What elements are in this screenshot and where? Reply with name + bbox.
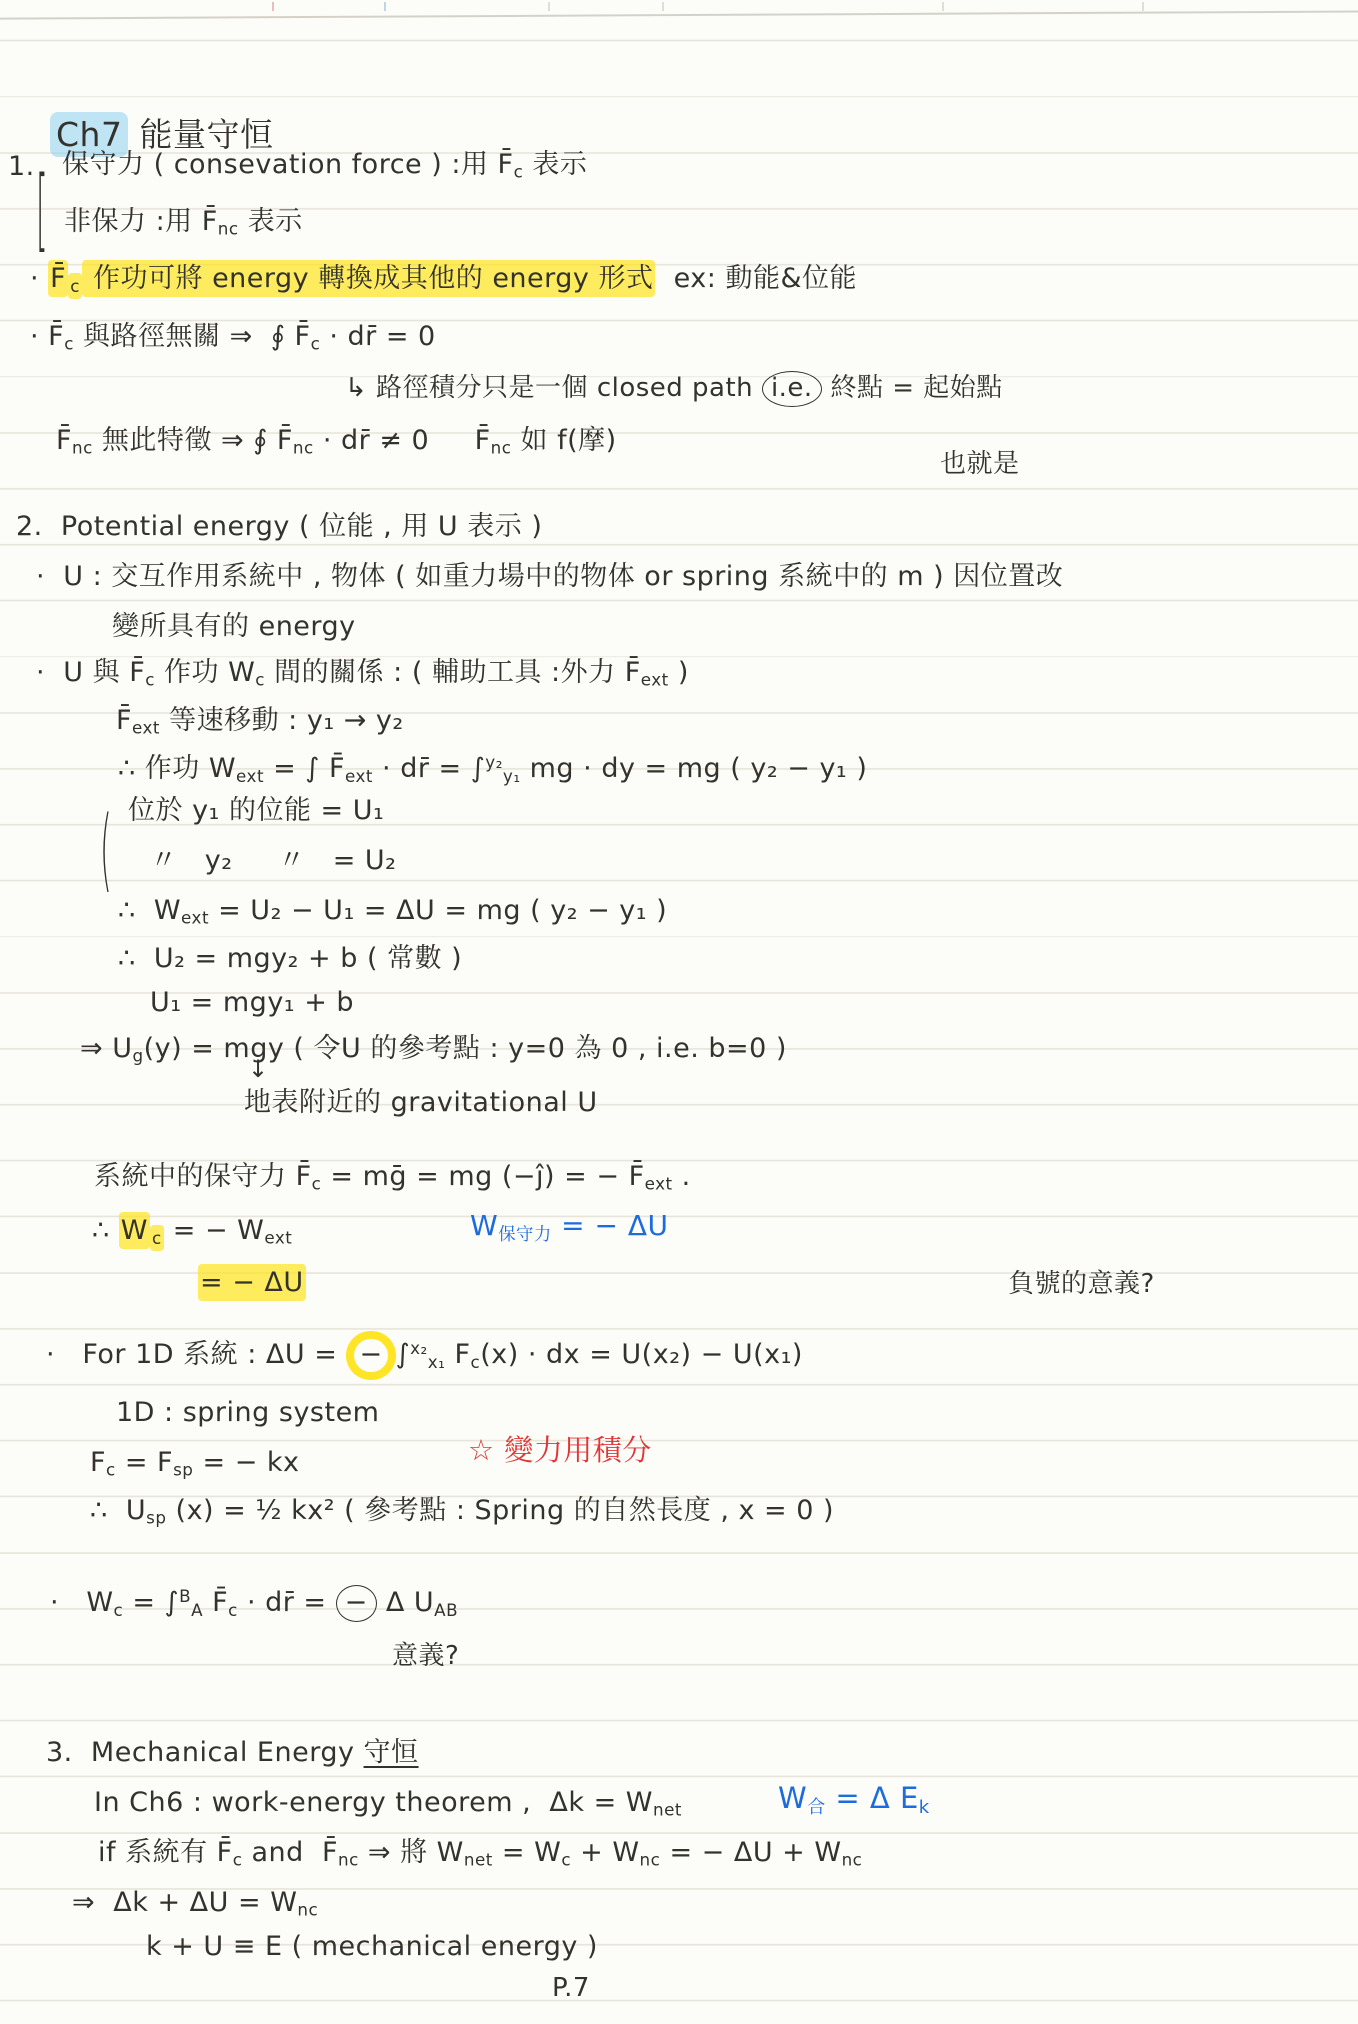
text-segment: sp (173, 1460, 193, 1480)
text-segment: ⇒ U (80, 1033, 132, 1064)
line-fc-system: 系統中的保守力 F̄c = mḡ = mg (−ĵ) = − F̄ext . (94, 1160, 691, 1195)
text-segment: F (90, 1447, 106, 1478)
line-fc-work-energy: · F̄c 作功可將 energy 轉換成其他的 energy 形式 ex: 動… (30, 262, 857, 297)
line-nonconservative-force: 非保力 :用 F̄nc 表示 (64, 205, 303, 240)
text-segment: . (673, 1161, 691, 1192)
text-segment: ∴ 作功 W (118, 753, 236, 784)
text-segment: ∮ (253, 425, 268, 456)
text-segment: − (346, 1331, 395, 1380)
text-segment: ☆ 變力用積分 (468, 1433, 652, 1467)
text-segment: F̄ (498, 149, 514, 180)
text-segment: ext (181, 908, 209, 928)
text-segment: x₂ (410, 1338, 428, 1358)
text-segment: 終點 = 起始點 (822, 373, 1003, 403)
text-segment: ext (645, 1174, 673, 1194)
text-segment: · dr̄ = ∫ (373, 753, 485, 784)
text-segment: + W (571, 1837, 640, 1868)
text-segment: W (778, 1781, 807, 1815)
text-segment: ∴ W (118, 895, 181, 926)
text-segment: 也就是 (940, 449, 1020, 479)
red-note-variable-force: ☆ 變力用積分 (468, 1432, 652, 1468)
line-u-wc-relation: · U 與 F̄c 作功 Wc 間的關係 : ( 輔助工具 :外力 F̄ext … (36, 656, 689, 691)
blue-note-w-conservative: W保守力 = − ΔU (470, 1208, 669, 1247)
text-segment: F̄ (268, 425, 293, 456)
text-segment: F̄ (203, 1587, 228, 1618)
text-segment: 位於 y₁ 的位能 = U₁ (128, 795, 384, 826)
text-segment: ) (669, 657, 689, 688)
line-wext-du: ∴ Wext = U₂ − U₁ = ΔU = mg ( y₂ − y₁ ) (118, 894, 667, 929)
text-segment: y₁ (503, 766, 521, 786)
text-segment: − (336, 1585, 377, 1622)
text-segment: 1D : spring system (116, 1397, 379, 1428)
line-wc-wext: ∴ Wc = − Wext (92, 1214, 292, 1249)
line-mechanical-energy: k + U ≡ E ( mechanical energy ) (146, 1930, 598, 1964)
text-segment: 與路徑無關 ⇒ (74, 321, 271, 352)
text-segment: F̄ (129, 657, 145, 688)
text-segment: = − kx (193, 1447, 299, 1478)
line-closed-path: ↳ 路徑積分只是一個 closed path i.e. 終點 = 起始點 (345, 372, 1003, 405)
text-segment: F̄ (56, 425, 72, 456)
line-gravitational-u: 地表附近的 gravitational U (244, 1086, 598, 1120)
text-segment: 合 (807, 1797, 825, 1818)
text-segment: nc (72, 438, 93, 458)
line-fc-path-independent: · F̄c 與路徑無關 ⇒ ∮ F̄c · dr̄ = 0 (30, 320, 436, 355)
text-segment: k + U ≡ E ( mechanical energy ) (146, 1931, 598, 1962)
text-segment: ↓ (248, 1055, 269, 1083)
text-segment: mg · dy = mg ( y₂ − y₁ ) (521, 753, 868, 784)
text-segment: F̄ (202, 206, 218, 237)
text-segment: nc (640, 1850, 661, 1870)
text-segment: AB (434, 1600, 458, 1620)
text-segment: 變所具有的 energy (112, 611, 356, 642)
text-segment: · U : 交互作用系統中 , 物体 ( 如重力場中的物体 or spring … (36, 561, 1063, 592)
text-segment: F (445, 1339, 470, 1370)
line-u-definition: · U : 交互作用系統中 , 物体 ( 如重力場中的物体 or spring … (36, 560, 1063, 594)
text-segment: [ (36, 159, 48, 264)
text-segment: c (106, 1460, 116, 1480)
text-segment: F̄ (296, 1161, 312, 1192)
text-segment: = − ΔU + W (660, 1837, 841, 1868)
text-segment: nc (338, 1850, 359, 1870)
blue-note-w-total: W合 = Δ Ek (778, 1780, 930, 1820)
line-u-definition-2: 變所具有的 energy (112, 610, 356, 644)
text-segment: F̄ (629, 1161, 645, 1192)
text-segment: x₁ (428, 1352, 446, 1372)
text-segment: · dr̄ = (238, 1587, 336, 1618)
text-segment: = Δ E (826, 1781, 919, 1815)
text-segment: (x) · dx = U(x₂) − U(x₁) (480, 1339, 803, 1370)
text-segment: ∴ U₂ = mgy₂ + b ( 常數 ) (118, 943, 462, 974)
line-u1: 位於 y₁ 的位能 = U₁ (128, 794, 384, 828)
text-segment: W (119, 1212, 150, 1249)
text-segment: y₂ (485, 752, 503, 772)
text-segment: · (30, 321, 48, 352)
text-segment: F̄ (217, 1837, 233, 1868)
text-segment: ∴ U (90, 1495, 146, 1526)
item-number-3: 3. Mechanical Energy 守恒 (46, 1736, 419, 1770)
text-segment: c (312, 1174, 322, 1194)
text-segment: · W (50, 1587, 114, 1618)
text-segment: 如 f(摩) (511, 425, 616, 456)
line-1d-system: · For 1D 系統 : ΔU = −∫x₂x₁ Fc(x) · dx = U… (46, 1338, 803, 1373)
text-segment: ext (641, 670, 669, 690)
text-segment: · For 1D 系統 : ΔU = (46, 1339, 346, 1370)
item-number-2: 2. Potential energy ( 位能 , 用 U 表示 ) (16, 510, 542, 544)
text-segment: c (228, 1600, 238, 1620)
text-segment: B (179, 1586, 191, 1606)
text-segment: 〃 y₂ 〃 = U₂ (150, 845, 397, 876)
text-segment: (y) = mgy ( 令U 的參考點 : y=0 為 0 , i.e. b=0… (144, 1033, 787, 1064)
line-work-energy-theorem: In Ch6 : work-energy theorem , Δk = Wnet (94, 1786, 682, 1821)
line-fext-motion: F̄ext 等速移動 : y₁ → y₂ (116, 704, 404, 739)
text-segment: and (242, 1837, 322, 1868)
text-segment: ↳ 路徑積分只是一個 closed path (345, 373, 762, 403)
text-segment: c (255, 670, 265, 690)
handwriting-layer: Ch7 能量守恒1.[保守力 ( consevation force ) :用 … (0, 0, 1358, 2024)
text-segment: 作功 W (155, 657, 255, 688)
item-number-1: 1. (8, 150, 35, 184)
text-segment: c (561, 1850, 571, 1870)
text-segment: 非保力 :用 (64, 206, 202, 237)
text-segment: F̄ (48, 321, 64, 352)
line-dk-du: ⇒ Δk + ΔU = Wnc (72, 1886, 318, 1921)
text-segment: k (919, 1797, 930, 1818)
text-segment: 負號的意義? (1008, 1269, 1155, 1299)
line-that-is: 也就是 (940, 448, 1020, 481)
text-segment: 2. Potential energy ( 位能 , 用 U 表示 ) (16, 511, 542, 542)
line-minus-du: = − ΔU (198, 1266, 306, 1300)
text-segment: = F (116, 1447, 173, 1478)
line-conservative-force: 保守力 ( consevation force ) :用 F̄c 表示 (62, 148, 587, 183)
text-segment: i.e. (762, 371, 822, 407)
line-fsp: Fc = Fsp = − kx (90, 1446, 300, 1481)
text-segment: ext (264, 1228, 292, 1248)
text-segment: In Ch6 : work-energy theorem , Δk = W (94, 1787, 653, 1818)
text-segment: 保守力 ( consevation force ) :用 (62, 149, 498, 180)
text-segment: = ∫ (123, 1587, 179, 1618)
text-segment: ∫ (396, 1339, 411, 1370)
text-segment: 守恒 (364, 1737, 419, 1768)
text-segment: · U 與 (36, 657, 129, 688)
text-segment: · dr̄ ≠ 0 (314, 425, 475, 456)
text-segment: ( (100, 799, 112, 904)
text-segment: 間的關係 : ( 輔助工具 :外力 (265, 657, 625, 688)
text-segment: net (653, 1800, 682, 1820)
text-segment: sp (146, 1508, 166, 1528)
text-segment: ex: 動能&位能 (655, 263, 857, 294)
line-u2: 〃 y₂ 〃 = U₂ (150, 844, 397, 878)
text-segment: ⇒ 將 W (359, 1837, 464, 1868)
text-segment: c (68, 273, 82, 299)
text-segment: c (311, 334, 321, 354)
note-meaning: 意義? (392, 1640, 459, 1673)
text-segment: F̄ (285, 321, 310, 352)
text-segment: 地表附近的 gravitational U (244, 1087, 598, 1118)
text-segment: ∴ (92, 1215, 119, 1246)
text-segment: 系統中的保守力 (94, 1161, 296, 1192)
text-segment: c (114, 1600, 124, 1620)
text-segment: 意義? (392, 1641, 459, 1671)
text-segment: = − ΔU (198, 1264, 306, 1301)
text-segment: 3. Mechanical Energy (46, 1737, 364, 1768)
text-segment: c (233, 1850, 243, 1870)
text-segment: = U₂ − U₁ = ΔU = mg ( y₂ − y₁ ) (209, 895, 667, 926)
text-segment: ∮ (271, 321, 286, 352)
text-segment: 等速移動 : y₁ → y₂ (160, 705, 404, 736)
text-segment: Δ U (377, 1587, 434, 1618)
text-segment: = − ΔU (552, 1209, 669, 1242)
left-paren: ( (100, 796, 112, 909)
text-segment: F̄ (48, 260, 68, 297)
text-segment: 無此特徵 ⇒ (93, 425, 253, 456)
line-fnc-no-property: F̄nc 無此特徵 ⇒ ∮ F̄nc · dr̄ ≠ 0 F̄nc 如 f(摩) (56, 424, 617, 459)
text-segment: F̄ (625, 657, 641, 688)
down-arrow: ↓ (248, 1054, 269, 1084)
text-segment: c (150, 1225, 164, 1251)
text-segment: 保守力 (498, 1225, 552, 1245)
page-number: P.7 (552, 1972, 590, 2005)
line-u2-eq: ∴ U₂ = mgy₂ + b ( 常數 ) (118, 942, 462, 976)
text-segment: nc (218, 219, 239, 239)
text-segment: nc (842, 1850, 863, 1870)
line-ug: ⇒ Ug(y) = mgy ( 令U 的參考點 : y=0 為 0 , i.e.… (80, 1032, 787, 1067)
text-segment: P.7 (552, 1973, 590, 2003)
text-segment: U₁ = mgy₁ + b (150, 987, 354, 1018)
text-segment: net (464, 1850, 493, 1870)
notebook-page: Ch7 能量守恒1.[保守力 ( consevation force ) :用 … (0, 0, 1358, 2024)
text-segment: = − W (164, 1215, 265, 1246)
text-segment: if 系統有 (98, 1837, 217, 1868)
text-segment: F̄ (116, 705, 132, 736)
text-segment: · dr̄ = 0 (320, 321, 435, 352)
text-segment: = mḡ = mg (−ĵ) = − (321, 1161, 628, 1192)
left-bracket: [ (36, 156, 48, 269)
text-segment: (x) = ½ kx² ( 參考點 : Spring 的自然長度 , x = 0… (166, 1495, 834, 1526)
text-segment: ext (345, 766, 373, 786)
text-segment: 作功可將 energy 轉換成其他的 energy 形式 (82, 260, 656, 297)
text-segment: nc (297, 1900, 318, 1920)
text-segment: g (132, 1046, 143, 1066)
text-segment: A (191, 1600, 203, 1620)
text-segment: 1. (8, 151, 35, 182)
text-segment: nc (293, 438, 314, 458)
line-spring-system: 1D : spring system (116, 1396, 379, 1430)
text-segment: c (471, 1352, 481, 1372)
note-negative-sign-meaning: 負號的意義? (1008, 1268, 1155, 1301)
text-segment: F̄ (329, 753, 345, 784)
text-segment: · (30, 263, 48, 294)
text-segment: c (514, 162, 524, 182)
text-segment: = ∫ (264, 753, 329, 784)
text-segment: ⇒ Δk + ΔU = W (72, 1887, 297, 1918)
text-segment: W (470, 1209, 498, 1242)
text-segment: nc (491, 438, 512, 458)
text-segment: ext (132, 718, 160, 738)
line-usp: ∴ Usp (x) = ½ kx² ( 參考點 : Spring 的自然長度 ,… (90, 1494, 834, 1529)
text-segment: = W (493, 1837, 562, 1868)
line-wext-integral: ∴ 作功 Wext = ∫ F̄ext · dr̄ = ∫y₂y₁ mg · d… (118, 752, 867, 787)
text-segment: F̄ (322, 1837, 338, 1868)
text-segment: 表示 (523, 149, 587, 180)
text-segment: ext (236, 766, 264, 786)
line-wc-integral-ab: · Wc = ∫BA F̄c · dr̄ = − Δ UAB (50, 1586, 458, 1621)
text-segment: F̄ (475, 425, 491, 456)
line-wnet: if 系統有 F̄c and F̄nc ⇒ 將 Wnet = Wc + Wnc … (98, 1836, 862, 1871)
text-segment: c (145, 670, 155, 690)
line-u1-eq: U₁ = mgy₁ + b (150, 986, 354, 1020)
text-segment: 表示 (239, 206, 303, 237)
text-segment: c (64, 334, 74, 354)
